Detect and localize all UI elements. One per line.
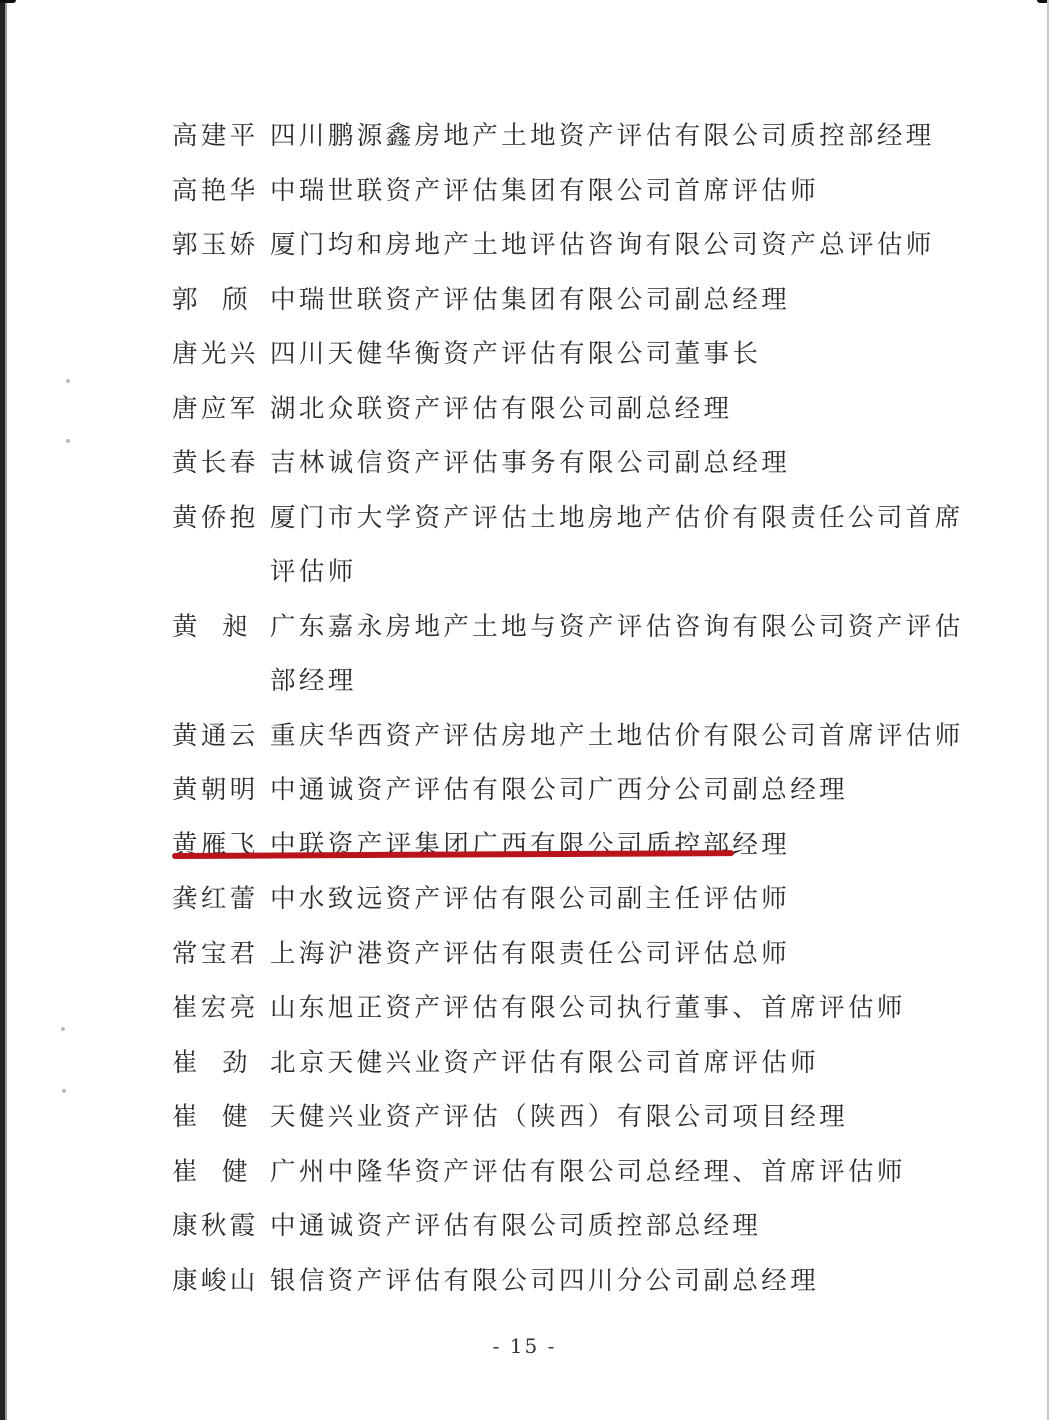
name-char: 郭: [172, 280, 198, 320]
person-name: 龚红蕾: [172, 879, 262, 919]
person-position: 广东嘉永房地产土地与资产评估咨询有限公司资产评估: [270, 607, 964, 647]
name-char: 崔: [172, 1152, 198, 1192]
person-name: 黄侨抱: [172, 498, 262, 538]
scan-corner-top-right: [1037, 0, 1047, 3]
person-position: 天健兴业资产评估（陕西）有限公司项目经理: [270, 1097, 848, 1137]
person-position-continued: 部经理: [270, 661, 357, 701]
name-char: 健: [222, 1152, 248, 1192]
person-name: 唐应军: [172, 389, 262, 429]
scan-edge-shadow: [5, 0, 7, 1420]
page-number: - 15 -: [0, 1334, 1049, 1358]
person-name: 崔 健: [172, 1152, 262, 1192]
scan-speck: [61, 1027, 65, 1031]
name-char: 黄: [172, 607, 198, 647]
person-position: 四川天健华衡资产评估有限公司董事长: [270, 334, 761, 374]
person-position: 厦门均和房地产土地评估咨询有限公司资产总评估师: [270, 225, 935, 265]
person-position: 四川鹏源鑫房地产土地资产评估有限公司质控部经理: [270, 116, 935, 156]
name-char: 崔: [172, 1043, 198, 1083]
person-name: 康峻山: [172, 1261, 262, 1301]
person-name: 崔 健: [172, 1097, 262, 1137]
person-name: 高艳华: [172, 171, 262, 211]
person-name: 高建平: [172, 116, 262, 156]
person-position: 山东旭正资产评估有限公司执行董事、首席评估师: [270, 988, 906, 1028]
person-position: 广州中隆华资产评估有限公司总经理、首席评估师: [270, 1152, 906, 1192]
name-char: 颀: [222, 280, 248, 320]
scan-speck: [66, 379, 70, 383]
person-position: 银信资产评估有限公司四川分公司副总经理: [270, 1261, 819, 1301]
person-position-continued: 评估师: [270, 552, 357, 592]
person-position: 北京天健兴业资产评估有限公司首席评估师: [270, 1043, 819, 1083]
person-name: 黄雁飞: [172, 825, 262, 865]
person-position: 重庆华西资产评估房地产土地估价有限公司首席评估师: [270, 716, 964, 756]
person-name: 郭玉娇: [172, 225, 262, 265]
person-name: 黄朝明: [172, 770, 262, 810]
scan-corner-top-left: [0, 0, 16, 3]
name-char: 健: [222, 1097, 248, 1137]
scan-speck: [66, 439, 70, 443]
person-name: 黄 昶: [172, 607, 262, 647]
scan-speck: [62, 1089, 66, 1093]
name-char: 昶: [222, 607, 248, 647]
name-char: 崔: [172, 1097, 198, 1137]
person-name: 唐光兴: [172, 334, 262, 374]
person-position: 中水致远资产评估有限公司副主任评估师: [270, 879, 790, 919]
person-position: 中瑞世联资产评估集团有限公司首席评估师: [270, 171, 819, 211]
person-name: 常宝君: [172, 934, 262, 974]
name-char: 劲: [222, 1043, 248, 1083]
person-position: 厦门市大学资产评估土地房地产估价有限责任公司首席: [270, 498, 964, 538]
person-position: 上海沪港资产评估有限责任公司评估总师: [270, 934, 790, 974]
person-name: 郭 颀: [172, 280, 262, 320]
person-position: 吉林诚信资产评估事务有限公司副总经理: [270, 443, 790, 483]
person-position: 中通诚资产评估有限公司广西分公司副总经理: [270, 770, 848, 810]
person-position: 中联资产评集团广西有限公司质控部经理: [270, 825, 790, 865]
person-name: 崔 劲: [172, 1043, 262, 1083]
person-position: 中通诚资产评估有限公司质控部总经理: [270, 1206, 761, 1246]
person-name: 崔宏亮: [172, 988, 262, 1028]
person-name: 黄长春: [172, 443, 262, 483]
person-position: 中瑞世联资产评估集团有限公司副总经理: [270, 280, 790, 320]
person-position: 湖北众联资产评估有限公司副总经理: [270, 389, 732, 429]
person-name: 黄通云: [172, 716, 262, 756]
person-name: 康秋霞: [172, 1206, 262, 1246]
